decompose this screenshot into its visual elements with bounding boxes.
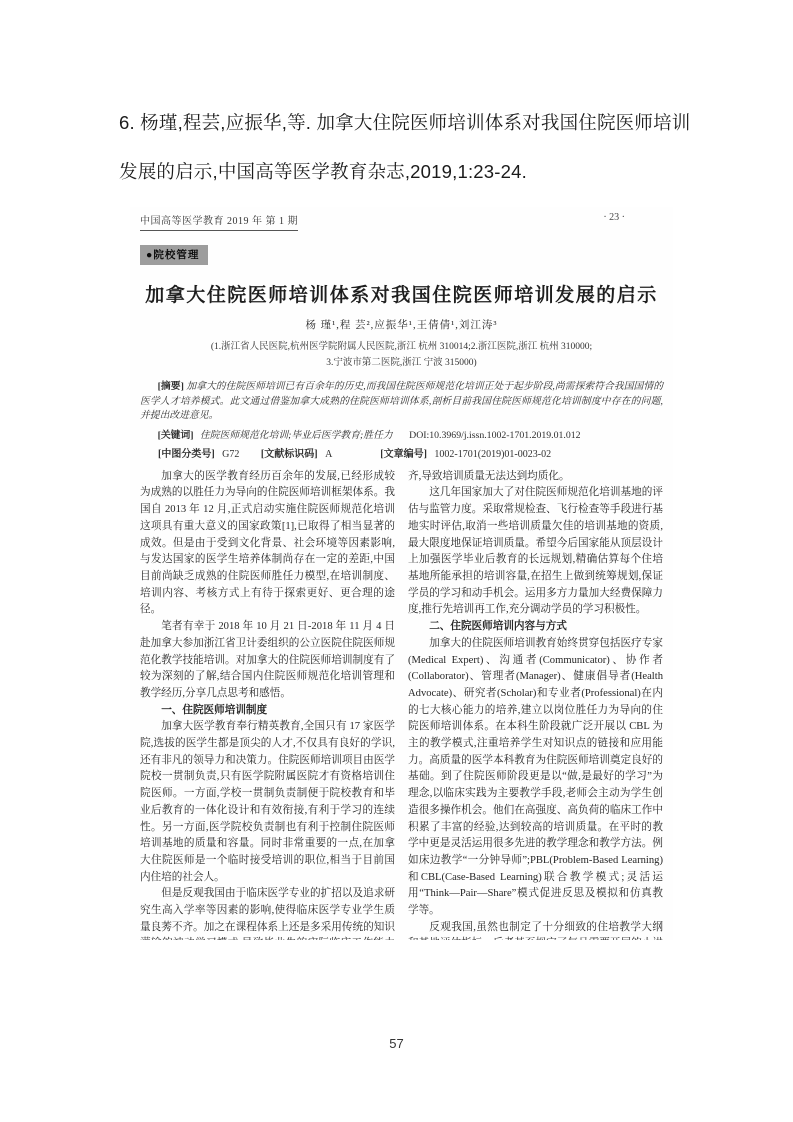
scanned-journal-page: 中国高等医学教育 2019 年 第 1 期 · 23 · ●院校管理 加拿大住院… bbox=[130, 207, 673, 940]
affiliation-line-1: (1.浙江省人民医院,杭州医学院附属人民医院,浙江 杭州 310014;2.浙江… bbox=[140, 339, 663, 355]
article-id-value: 1002-1701(2019)01-0023-02 bbox=[434, 449, 551, 460]
doi-text: DOI:10.3969/j.issn.1002-1701.2019.01.012 bbox=[409, 430, 580, 441]
body-paragraph: 笔者有幸于 2018 年 10 月 21 日-2018 年 11 月 4 日赴加… bbox=[140, 619, 395, 703]
page-number: 57 bbox=[0, 1036, 793, 1051]
body-paragraph: 加拿大医学教育奉行精英教育,全国只有 17 家医学院,选拔的医学生都是顶尖的人才… bbox=[140, 719, 395, 886]
right-column: 齐,导致培训质量无法达到均质化。 这几年国家加大了对住院医师规范化培训基地的评估… bbox=[408, 469, 663, 940]
authors-line: 杨 瑾¹,程 芸²,应振华¹,王倩倩¹,刘江涛³ bbox=[140, 317, 663, 332]
column-category-badge: ●院校管理 bbox=[140, 245, 208, 265]
reference-citation: 6. 杨瑾,程芸,应振华,等. 加拿大住院医师培训体系对我国住院医师培训发展的启… bbox=[119, 98, 695, 196]
affiliation-line-2: 3.宁波市第二医院,浙江 宁波 315000) bbox=[140, 355, 663, 371]
keywords-label: [关键词] bbox=[158, 430, 194, 441]
classification-line: [中图分类号] G72 [文献标识码] A [文章编号] 1002-1701(2… bbox=[140, 445, 663, 460]
clc-value: G72 bbox=[222, 449, 239, 460]
abstract-block: [摘要] 加拿大的住院医师培训已有百余年的历史,而我国住院医师规范化培训正处于起… bbox=[140, 380, 663, 424]
article-id-label: [文章编号] bbox=[380, 449, 427, 460]
body-paragraph: 这几年国家加大了对住院医师规范化培训基地的评估与监管力度。采取常规检查、飞行检查… bbox=[408, 485, 663, 619]
article-body: 加拿大的医学教育经历百余年的发展,已经形成较为成熟的以胜任力为导向的住院医师培训… bbox=[140, 469, 663, 940]
doc-code-label: [文献标识码] bbox=[261, 449, 318, 460]
body-paragraph-continuation: 齐,导致培训质量无法达到均质化。 bbox=[408, 469, 663, 486]
journal-header-row: 中国高等医学教育 2019 年 第 1 期 · 23 · bbox=[140, 212, 663, 231]
journal-issue-label: 中国高等医学教育 2019 年 第 1 期 bbox=[140, 212, 298, 231]
journal-page-marker: · 23 · bbox=[603, 212, 625, 223]
left-column: 加拿大的医学教育经历百余年的发展,已经形成较为成熟的以胜任力为导向的住院医师培训… bbox=[140, 469, 395, 940]
body-paragraph: 但是反观我国由于临床医学专业的扩招以及追求研究生高入学率等因素的影响,使得临床医… bbox=[140, 886, 395, 940]
article-title: 加拿大住院医师培训体系对我国住院医师培训发展的启示 bbox=[140, 280, 663, 307]
document-page: 6. 杨瑾,程芸,应振华,等. 加拿大住院医师培训体系对我国住院医师培训发展的启… bbox=[0, 0, 793, 1122]
abstract-label: [摘要] bbox=[158, 381, 184, 392]
clc-label: [中图分类号] bbox=[158, 449, 215, 460]
abstract-text: 加拿大的住院医师培训已有百余年的历史,而我国住院医师规范化培训正处于起步阶段,尚… bbox=[140, 381, 663, 421]
section-heading: 一、住院医师培训制度 bbox=[140, 703, 395, 720]
doc-code-value: A bbox=[325, 449, 332, 460]
body-paragraph: 加拿大的医学教育经历百余年的发展,已经形成较为成熟的以胜任力为导向的住院医师培训… bbox=[140, 469, 395, 619]
body-paragraph: 反观我国,虽然也制定了十分细致的住培教学大纲和基地评估指标。后者甚至规定了每月需… bbox=[408, 920, 663, 940]
keywords-line: [关键词] 住院医师规范化培训;毕业后医学教育;胜任力 DOI:10.3969/… bbox=[140, 427, 663, 441]
keywords-text: 住院医师规范化培训;毕业后医学教育;胜任力 bbox=[200, 430, 393, 441]
section-heading: 二、住院医师培训内容与方式 bbox=[408, 619, 663, 636]
body-paragraph: 加拿大的住院医师培训教育始终贯穿包括医疗专家(Medical Expert)、沟… bbox=[408, 636, 663, 920]
